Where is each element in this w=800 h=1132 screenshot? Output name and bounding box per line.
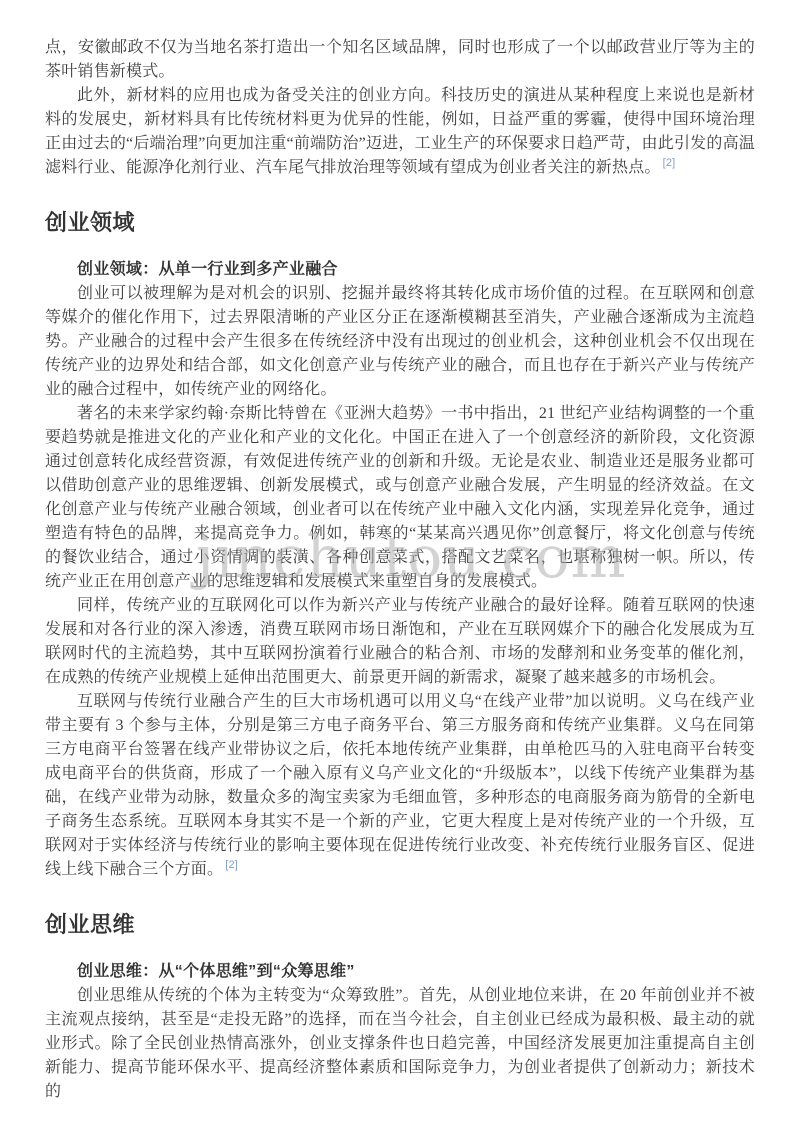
paragraph: 创业思维从传统的个体为主转变为“众筹致胜”。首先，从创业地位来讲，在 20 年前… (45, 984, 755, 1104)
section-heading-chuangye-lingyu: 创业领域 (45, 208, 755, 238)
paragraph-text: 互联网与传统行业融合产生的巨大市场机遇可以用义乌“在线产业带”加以说明。义乌在线… (45, 693, 755, 878)
paragraph-text: 此外，新材料的应用也成为备受关注的创业方向。科技历史的演进从某种程度上来说也是新… (45, 87, 755, 176)
paragraph: 著名的未来学家约翰·奈斯比特曾在《亚洲大趋势》一书中指出，21 世纪产业结构调整… (45, 402, 755, 594)
section-heading-chuangye-siwei: 创业思维 (45, 910, 755, 940)
paragraph: 创业可以被理解为是对机会的识别、挖掘并最终将其转化成市场价值的过程。在互联网和创… (45, 282, 755, 402)
paragraph-text: 创业思维从传统的个体为主转变为“众筹致胜”。首先，从创业地位来讲，在 20 年前… (45, 987, 755, 1100)
reference-link-2[interactable]: [2] (225, 859, 238, 871)
paragraph-text: 点，安徽邮政不仅为当地名茶打造出一个知名区域品牌，同时也形成了一个以邮政营业厅等… (45, 39, 755, 80)
paragraph-text: 同样，传统产业的互联网化可以作为新兴产业与传统产业融合的最好诠释。随着互联网的快… (45, 597, 755, 686)
paragraph: 此外，新材料的应用也成为备受关注的创业方向。科技历史的演进从某种程度上来说也是新… (45, 84, 755, 180)
paragraph-text: 著名的未来学家约翰·奈斯比特曾在《亚洲大趋势》一书中指出，21 世纪产业结构调整… (45, 405, 755, 590)
paragraph: 点，安徽邮政不仅为当地名茶打造出一个知名区域品牌，同时也形成了一个以邮政营业厅等… (45, 36, 755, 84)
paragraph-text: 创业可以被理解为是对机会的识别、挖掘并最终将其转化成市场价值的过程。在互联网和创… (45, 285, 755, 398)
paragraph: 互联网与传统行业融合产生的巨大市场机遇可以用义乌“在线产业带”加以说明。义乌在线… (45, 690, 755, 882)
document-content: 点，安徽邮政不仅为当地名茶打造出一个知名区域品牌，同时也形成了一个以邮政营业厅等… (0, 0, 800, 1104)
subheading: 创业思维：从“个体思维”到“众筹思维” (45, 960, 755, 984)
subheading-text: 创业思维：从“个体思维”到“众筹思维” (77, 963, 355, 980)
subheading-text: 创业领域：从单一行业到多产业融合 (77, 261, 338, 278)
reference-link-2[interactable]: [2] (663, 157, 676, 169)
subheading: 创业领域：从单一行业到多产业融合 (45, 258, 755, 282)
paragraph: 同样，传统产业的互联网化可以作为新兴产业与传统产业融合的最好诠释。随着互联网的快… (45, 594, 755, 690)
document-page: jinchutou.com 点，安徽邮政不仅为当地名茶打造出一个知名区域品牌，同… (0, 0, 800, 1132)
